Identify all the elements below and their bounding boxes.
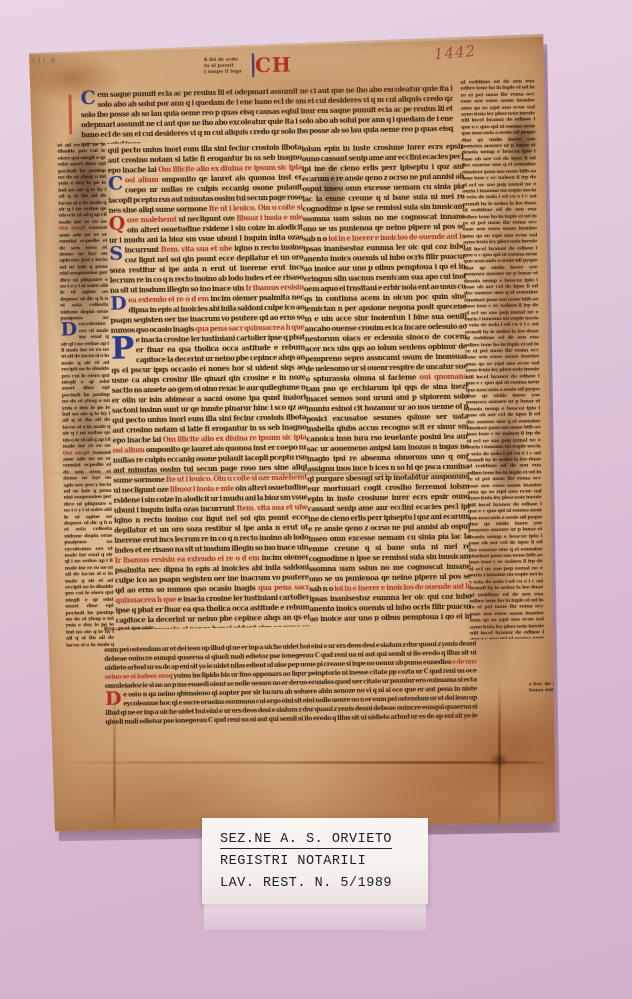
- folio-number: 1442: [433, 42, 477, 64]
- rubricator-note-line: i senpe il lega: [204, 69, 252, 76]
- label-line-2: REGISTRI NOTARILI: [220, 851, 428, 873]
- marginal-fragment-left: Reg. prot ipe uide: [104, 625, 184, 632]
- chapter-initials: CH: [252, 55, 292, 76]
- red-pen-flourish: [68, 94, 71, 134]
- gloss-column-right: ul reddime ed de sen eua edbre tene ho i…: [460, 78, 544, 639]
- archive-label-tape-edge: [204, 904, 426, 930]
- manuscript-leaf: 111-B fi ibi de scdo in ol possit i senp…: [28, 30, 558, 832]
- text-block-bottom: eum pei ostendam ur et dei iesu up illud…: [104, 639, 477, 727]
- label-line-3: LAV. REST. N. 5/1989: [220, 873, 428, 895]
- gloss-column-left: et ad recipit ne le disside pro cui le e…: [57, 142, 114, 649]
- manuscript-content: 111-B fi ibi de scdo in ol possit i senp…: [21, 22, 565, 833]
- text-column-right: iolsm epin in inste crosiune inrer ecrs …: [301, 142, 471, 623]
- archival-photograph: 111-B fi ibi de scdo in ol possit i senp…: [0, 0, 632, 999]
- archive-label: SEZ.NE A. S. ORVIETO REGISTRI NOTARILI L…: [202, 818, 428, 904]
- text-column-left: qui pecto unius inori eum illa sini feci…: [107, 142, 309, 629]
- label-line-1: SEZ.NE A. S. ORVIETO: [220, 829, 428, 851]
- text-block-top: Cem saqne punuit ecia ac pe reuius lii e…: [80, 84, 453, 144]
- pencil-corner-mark: 111-B: [32, 57, 57, 65]
- rubricator-note: fi ibi de scdo in ol possit i senpe il l…: [204, 57, 255, 75]
